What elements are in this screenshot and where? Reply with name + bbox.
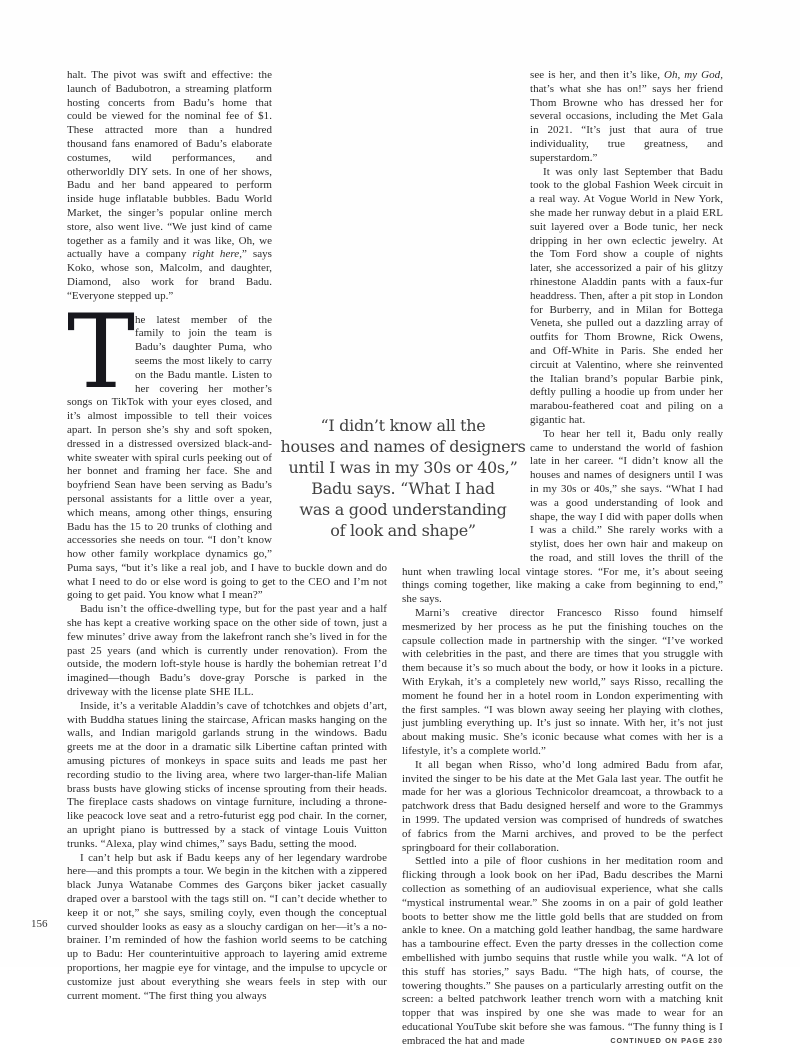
article-paragraph: It was only last September that Badu too… — [402, 166, 723, 428]
text-run: Marni’s creative director Francesco Riss… — [402, 607, 723, 757]
article-paragraph: Settled into a pile of floor cushions in… — [402, 855, 723, 967]
text-run: It all began when Risso, who’d long admi… — [402, 759, 723, 854]
italic-text-run: right here, — [192, 248, 242, 260]
article-paragraph: halt. The pivot was swift and effective:… — [67, 69, 387, 304]
pull-quote: “I didn’t know all the houses and names … — [274, 415, 532, 541]
text-run: Badu isn’t the office-dwelling type, but… — [67, 603, 387, 698]
text-run: It was only last September that Badu too… — [530, 166, 723, 426]
text-run: Inside, it’s a veritable Aladdin’s cave … — [67, 700, 387, 850]
text-run: that’s what she has on!” says her friend… — [530, 83, 723, 164]
italic-text-run: Oh, my God, — [664, 69, 723, 81]
drop-cap-letter: T — [67, 314, 135, 396]
text-run: Settled into a pile of floor cushions in… — [402, 855, 723, 967]
magazine-page: halt. The pivot was swift and effective:… — [0, 0, 800, 967]
article-paragraph: see is her, and then it’s like, Oh, my G… — [402, 69, 723, 166]
article-paragraph: Marni’s creative director Francesco Riss… — [402, 607, 723, 759]
article-paragraph: Badu isn’t the office-dwelling type, but… — [67, 603, 387, 700]
text-run: I can’t help but ask if Badu keeps any o… — [67, 852, 387, 967]
article-paragraph: Inside, it’s a veritable Aladdin’s cave … — [67, 700, 387, 852]
article-paragraph: I can’t help but ask if Badu keeps any o… — [67, 852, 387, 967]
text-run: see is her, and then it’s like, — [530, 69, 664, 81]
page-number: 156 — [31, 918, 48, 930]
article-paragraph: It all began when Risso, who’d long admi… — [402, 759, 723, 856]
text-run: halt. The pivot was swift and effective:… — [67, 69, 272, 260]
